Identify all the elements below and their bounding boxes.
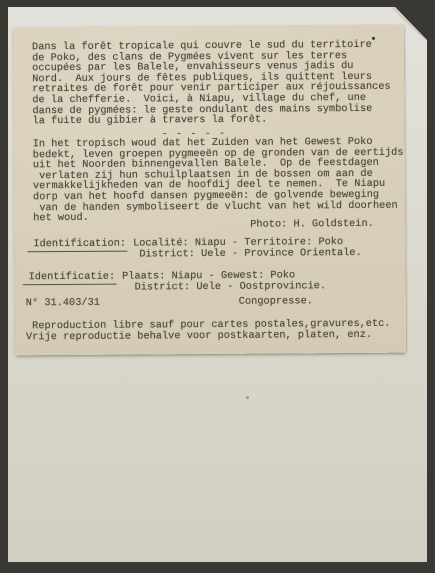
paper-speck [246,396,249,399]
label-speck [372,37,375,40]
scanned-document: Dans la forêt tropicale qui couvre le su… [0,0,435,573]
identification-row-french: Identification: Localité: Niapu - Territ… [27,237,361,261]
identification-row-dutch: Identificatie: Plaats: Niapu - Gewest: P… [23,270,327,293]
reproduction-notice: Reproduction libre sauf pour cartes post… [26,319,391,343]
photo-credit: Photo: H. Goldstein. [250,219,374,230]
identification-dutch-value: Plaats: Niapu - Gewest: Poko District: U… [122,270,326,293]
negative-number: N° 31.403/31 [26,298,100,309]
caption-dutch: In het tropisch woud dat het Zuiden van … [33,137,404,224]
typed-caption-label: Dans la forêt tropicale qui couvre le su… [13,25,406,356]
identification-dutch-label: Identificatie: [23,272,117,285]
agency-name: Congopresse. [239,296,313,307]
photo-card-verso: Dans la forêt tropicale qui couvre le su… [8,7,427,562]
caption-french: Dans la forêt tropicale qui couvre le su… [32,40,391,127]
identification-french-value: Localité: Niapu - Territoire: Poko Distr… [133,237,362,260]
identification-french-label: Identification: [27,239,127,252]
